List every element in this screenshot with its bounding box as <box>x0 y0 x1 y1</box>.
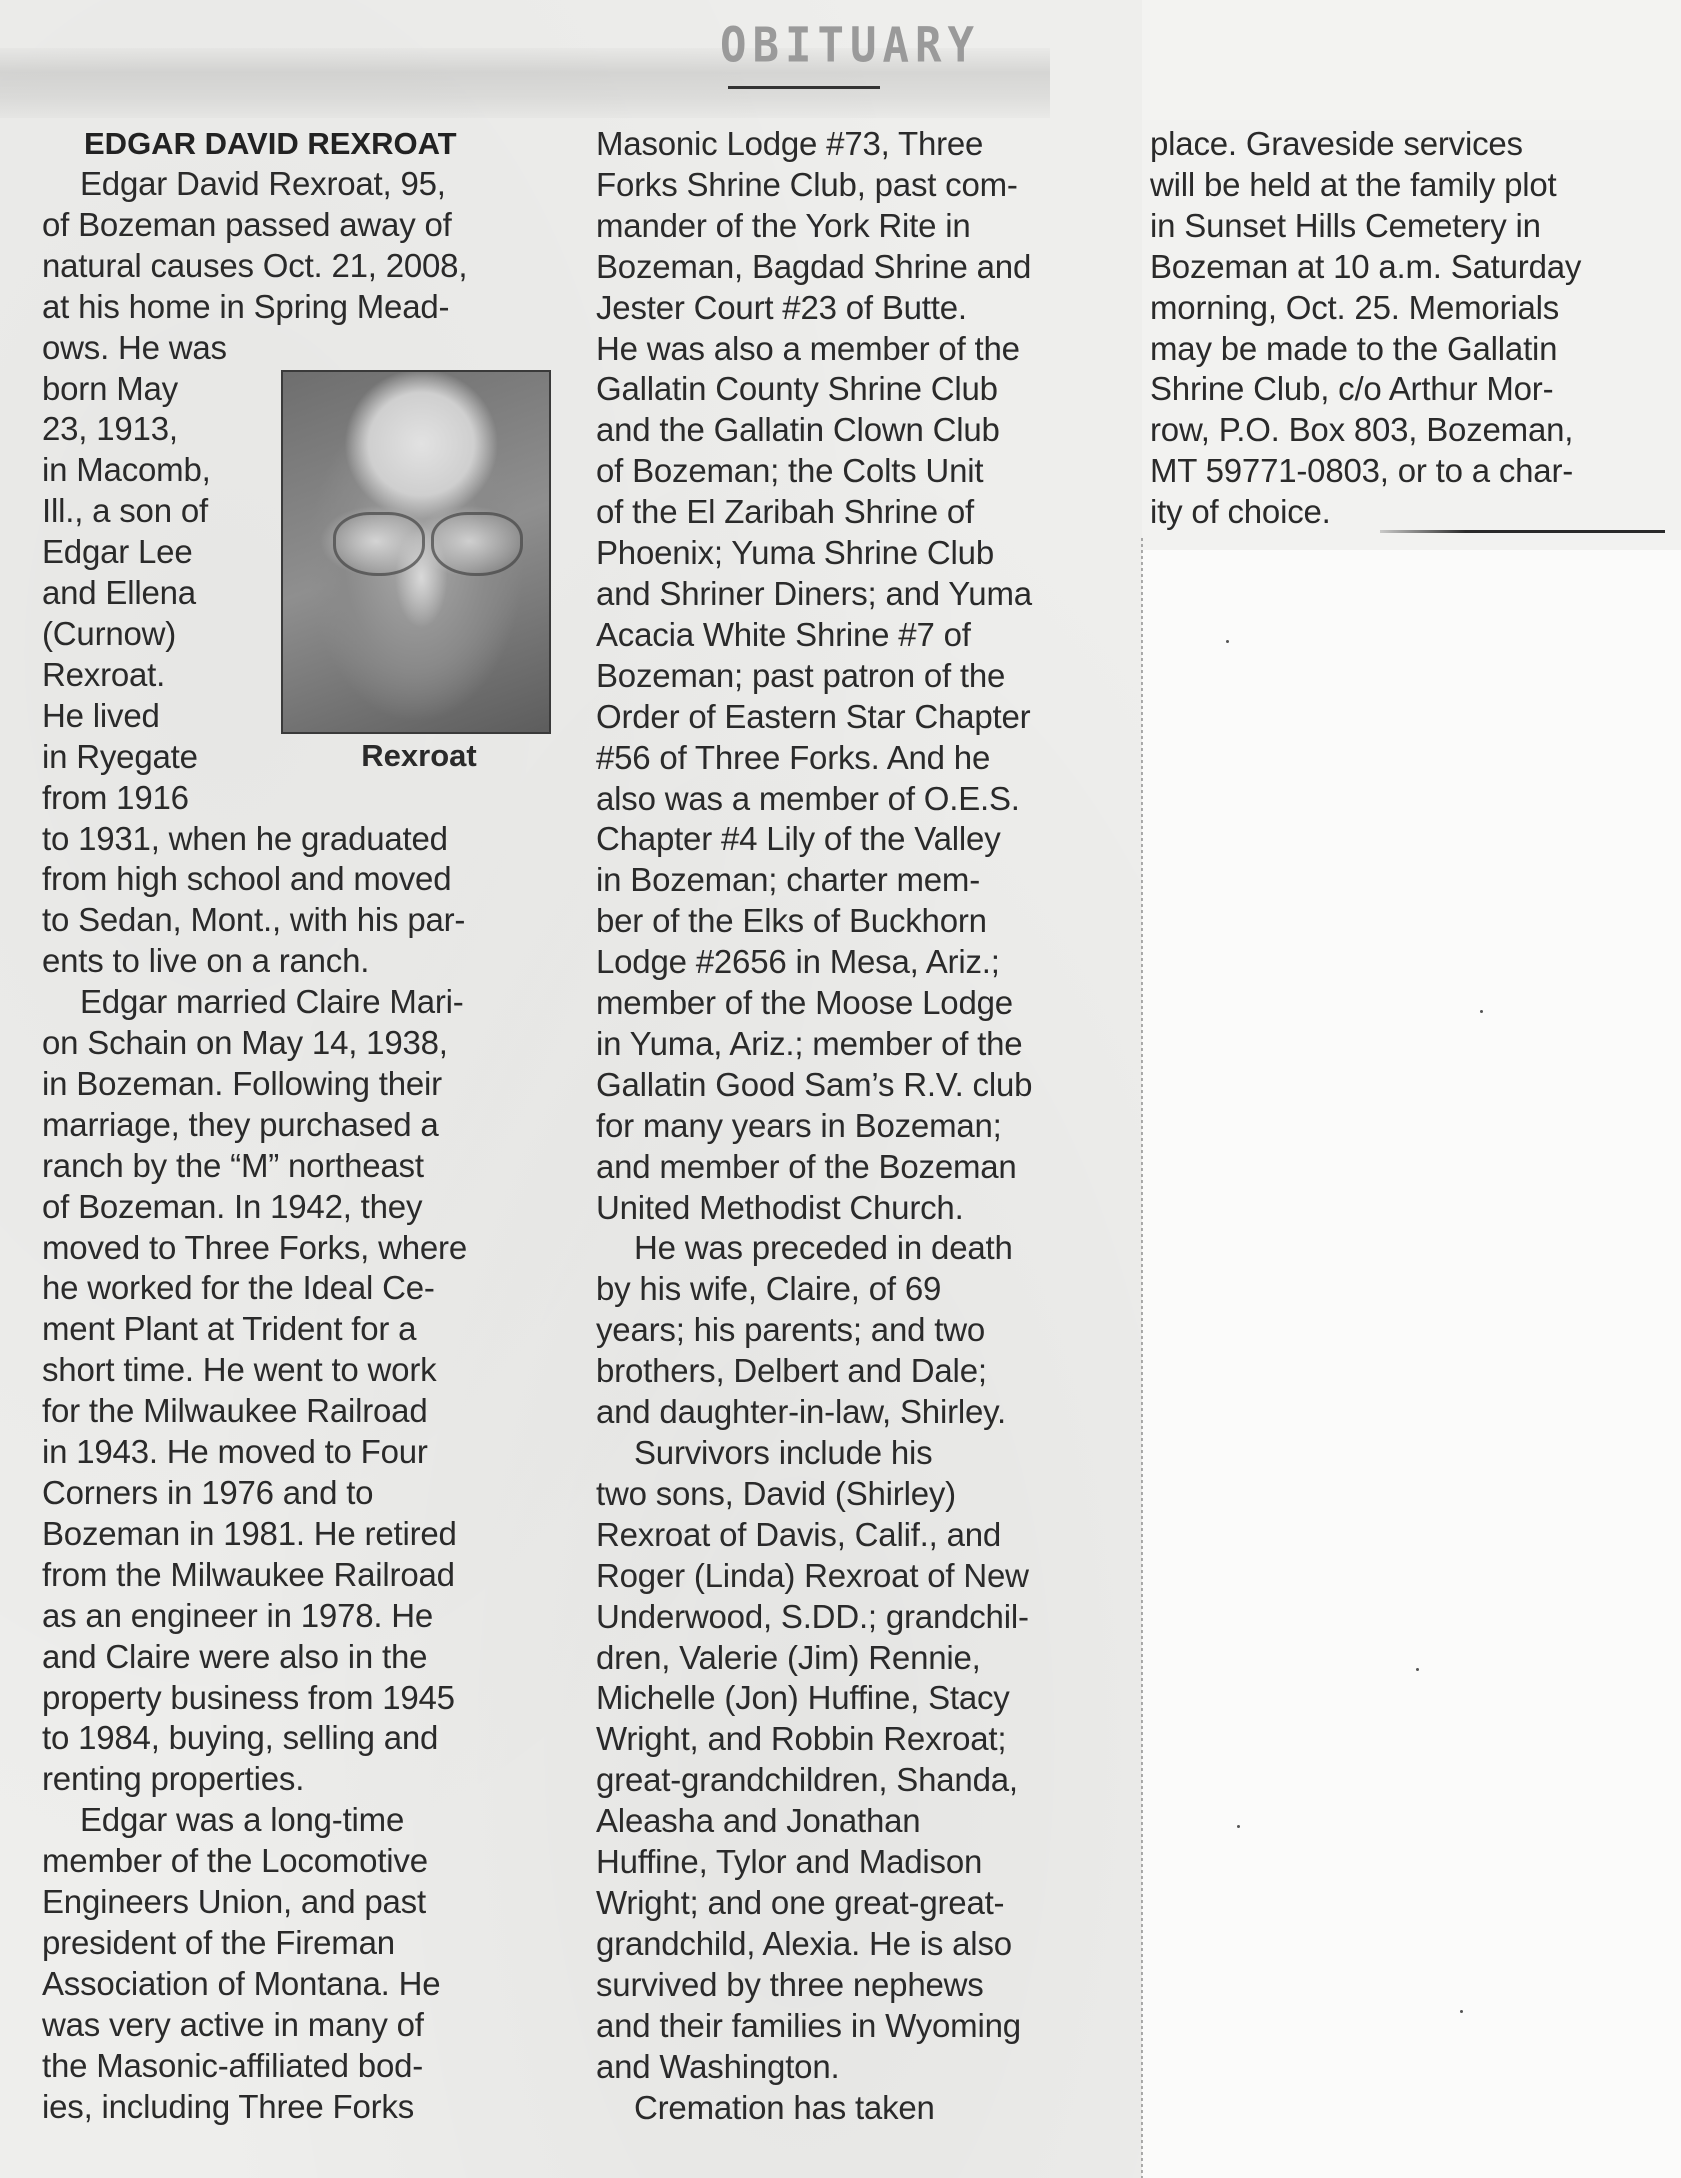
text-line: member of the Moose Lodge <box>596 983 1116 1024</box>
text-line: of Bozeman; the Colts Unit <box>596 451 1116 492</box>
text-line: to Sedan, Mont., with his par- <box>42 900 542 941</box>
text-line: of Bozeman. In 1942, they <box>42 1187 542 1228</box>
text-line: Rexroat of Davis, Calif., and <box>596 1515 1116 1556</box>
text-line: great-grandchildren, Shanda, <box>596 1760 1116 1801</box>
text-line: ents to live on a ranch. <box>42 941 542 982</box>
column-3-text: place. Graveside serviceswill be held at… <box>1150 124 1670 533</box>
text-line: property business from 1945 <box>42 1678 542 1719</box>
text-line: Acacia White Shrine #7 of <box>596 615 1116 656</box>
text-line: Engineers Union, and past <box>42 1882 542 1923</box>
text-line: Masonic Lodge #73, Three <box>596 124 1116 165</box>
text-line: on Schain on May 14, 1938, <box>42 1023 542 1064</box>
text-line: Edgar was a long-time <box>42 1800 542 1841</box>
text-line: and daughter-in-law, Shirley. <box>596 1392 1116 1433</box>
obituary-column-2: Masonic Lodge #73, ThreeForks Shrine Clu… <box>596 124 1116 2128</box>
text-line: years; his parents; and two <box>596 1310 1116 1351</box>
portrait-figure: Rexroat <box>281 370 551 770</box>
text-line: Wright, and Robbin Rexroat; <box>596 1719 1116 1760</box>
text-line: from the Milwaukee Railroad <box>42 1555 542 1596</box>
text-line: to 1931, when he graduated <box>42 819 542 860</box>
text-line: United Methodist Church. <box>596 1188 1116 1229</box>
column-2-text: Masonic Lodge #73, ThreeForks Shrine Clu… <box>596 124 1116 2128</box>
scan-speck <box>1460 2010 1463 2013</box>
text-line: Cremation has taken <box>596 2088 1116 2129</box>
text-line: at his home in Spring Mead- <box>42 287 542 328</box>
scan-speck <box>1480 1010 1483 1013</box>
scan-speck <box>1416 1668 1419 1671</box>
text-line: Forks Shrine Club, past com- <box>596 165 1116 206</box>
text-line: #56 of Three Forks. And he <box>596 738 1116 779</box>
text-line: from high school and moved <box>42 859 542 900</box>
text-line: morning, Oct. 25. Memorials <box>1150 288 1670 329</box>
text-line: president of the Fireman <box>42 1923 542 1964</box>
text-line: will be held at the family plot <box>1150 165 1670 206</box>
text-line: place. Graveside services <box>1150 124 1670 165</box>
text-line: survived by three nephews <box>596 1965 1116 2006</box>
text-line: Phoenix; Yuma Shrine Club <box>596 533 1116 574</box>
text-line: Lodge #2656 in Mesa, Ariz.; <box>596 942 1116 983</box>
text-line: grandchild, Alexia. He is also <box>596 1924 1116 1965</box>
text-line: for many years in Bozeman; <box>596 1106 1116 1147</box>
text-line: ranch by the “M” northeast <box>42 1146 542 1187</box>
text-line: marriage, they purchased a <box>42 1105 542 1146</box>
text-line: and Claire were also in the <box>42 1637 542 1678</box>
text-line: Underwood, S.DD.; grandchil- <box>596 1597 1116 1638</box>
text-line: Edgar David Rexroat, 95, <box>42 164 542 205</box>
text-line: moved to Three Forks, where <box>42 1228 542 1269</box>
text-line: mander of the York Rite in <box>596 206 1116 247</box>
section-header-underline <box>728 86 880 89</box>
text-line: was very active in many of <box>42 2005 542 2046</box>
text-line: and Washington. <box>596 2047 1116 2088</box>
text-line: natural causes Oct. 21, 2008, <box>42 246 542 287</box>
text-line: Gallatin County Shrine Club <box>596 369 1116 410</box>
text-line: Jester Court #23 of Butte. <box>596 288 1116 329</box>
text-line: of the El Zaribah Shrine of <box>596 492 1116 533</box>
text-line: Edgar married Claire Mari- <box>42 982 542 1023</box>
text-line: Corners in 1976 and to <box>42 1473 542 1514</box>
text-line: ber of the Elks of Buckhorn <box>596 901 1116 942</box>
text-line: by his wife, Claire, of 69 <box>596 1269 1116 1310</box>
section-header: OBITUARY <box>700 17 1000 73</box>
text-line: Gallatin Good Sam’s R.V. club <box>596 1065 1116 1106</box>
text-line: Survivors include his <box>596 1433 1116 1474</box>
text-line: from 1916 <box>42 778 542 819</box>
text-line: Wright; and one great-great- <box>596 1883 1116 1924</box>
text-line: Chapter #4 Lily of the Valley <box>596 819 1116 860</box>
text-line: brothers, Delbert and Dale; <box>596 1351 1116 1392</box>
text-line: and their families in Wyoming <box>596 2006 1116 2047</box>
column-divider <box>1141 538 1143 2178</box>
text-line: may be made to the Gallatin <box>1150 329 1670 370</box>
photo-caption: Rexroat <box>281 738 551 774</box>
text-line: two sons, David (Shirley) <box>596 1474 1116 1515</box>
text-line: and Shriner Diners; and Yuma <box>596 574 1116 615</box>
text-line: ity of choice. <box>1150 492 1670 533</box>
end-of-article-rule <box>1380 530 1665 533</box>
text-line: Bozeman; past patron of the <box>596 656 1116 697</box>
obituary-headline: EDGAR DAVID REXROAT <box>42 124 542 164</box>
glasses-right-lens <box>431 512 523 576</box>
text-line: and member of the Bozeman <box>596 1147 1116 1188</box>
text-line: dren, Valerie (Jim) Rennie, <box>596 1638 1116 1679</box>
text-line: He was also a member of the <box>596 329 1116 370</box>
text-line: MT 59771-0803, or to a char- <box>1150 451 1670 492</box>
text-line: Roger (Linda) Rexroat of New <box>596 1556 1116 1597</box>
text-line: Michelle (Jon) Huffine, Stacy <box>596 1678 1116 1719</box>
text-line: He was preceded in death <box>596 1228 1116 1269</box>
text-line: in Yuma, Ariz.; member of the <box>596 1024 1116 1065</box>
scan-speck <box>1237 1825 1240 1828</box>
text-line: he worked for the Ideal Ce- <box>42 1268 542 1309</box>
text-line: Aleasha and Jonathan <box>596 1801 1116 1842</box>
text-line: short time. He went to work <box>42 1350 542 1391</box>
text-line: row, P.O. Box 803, Bozeman, <box>1150 410 1670 451</box>
glasses-left-lens <box>333 512 425 576</box>
text-line: for the Milwaukee Railroad <box>42 1391 542 1432</box>
text-line: as an engineer in 1978. He <box>42 1596 542 1637</box>
text-line: the Masonic-affiliated bod- <box>42 2046 542 2087</box>
text-line: and the Gallatin Clown Club <box>596 410 1116 451</box>
text-line: ment Plant at Trident for a <box>42 1309 542 1350</box>
obituary-column-3: place. Graveside serviceswill be held at… <box>1150 124 1670 533</box>
portrait-photo <box>281 370 551 734</box>
text-line: Bozeman at 10 a.m. Saturday <box>1150 247 1670 288</box>
text-line: renting properties. <box>42 1759 542 1800</box>
right-top-paper <box>1142 0 1681 120</box>
text-line: in 1943. He moved to Four <box>42 1432 542 1473</box>
text-line: Order of Eastern Star Chapter <box>596 697 1116 738</box>
text-line: to 1984, buying, selling and <box>42 1718 542 1759</box>
text-line: Association of Montana. He <box>42 1964 542 2005</box>
text-line: ies, including Three Forks <box>42 2087 542 2128</box>
text-line: ows. He was <box>42 328 542 369</box>
scan-speck <box>1226 640 1229 643</box>
text-line: member of the Locomotive <box>42 1841 542 1882</box>
text-line: of Bozeman passed away of <box>42 205 542 246</box>
text-line: in Sunset Hills Cemetery in <box>1150 206 1670 247</box>
text-line: Bozeman, Bagdad Shrine and <box>596 247 1116 288</box>
text-line: Shrine Club, c/o Arthur Mor- <box>1150 369 1670 410</box>
text-line: Huffine, Tylor and Madison <box>596 1842 1116 1883</box>
text-line: Bozeman in 1981. He retired <box>42 1514 542 1555</box>
text-line: also was a member of O.E.S. <box>596 779 1116 820</box>
text-line: in Bozeman. Following their <box>42 1064 542 1105</box>
text-line: in Bozeman; charter mem- <box>596 860 1116 901</box>
